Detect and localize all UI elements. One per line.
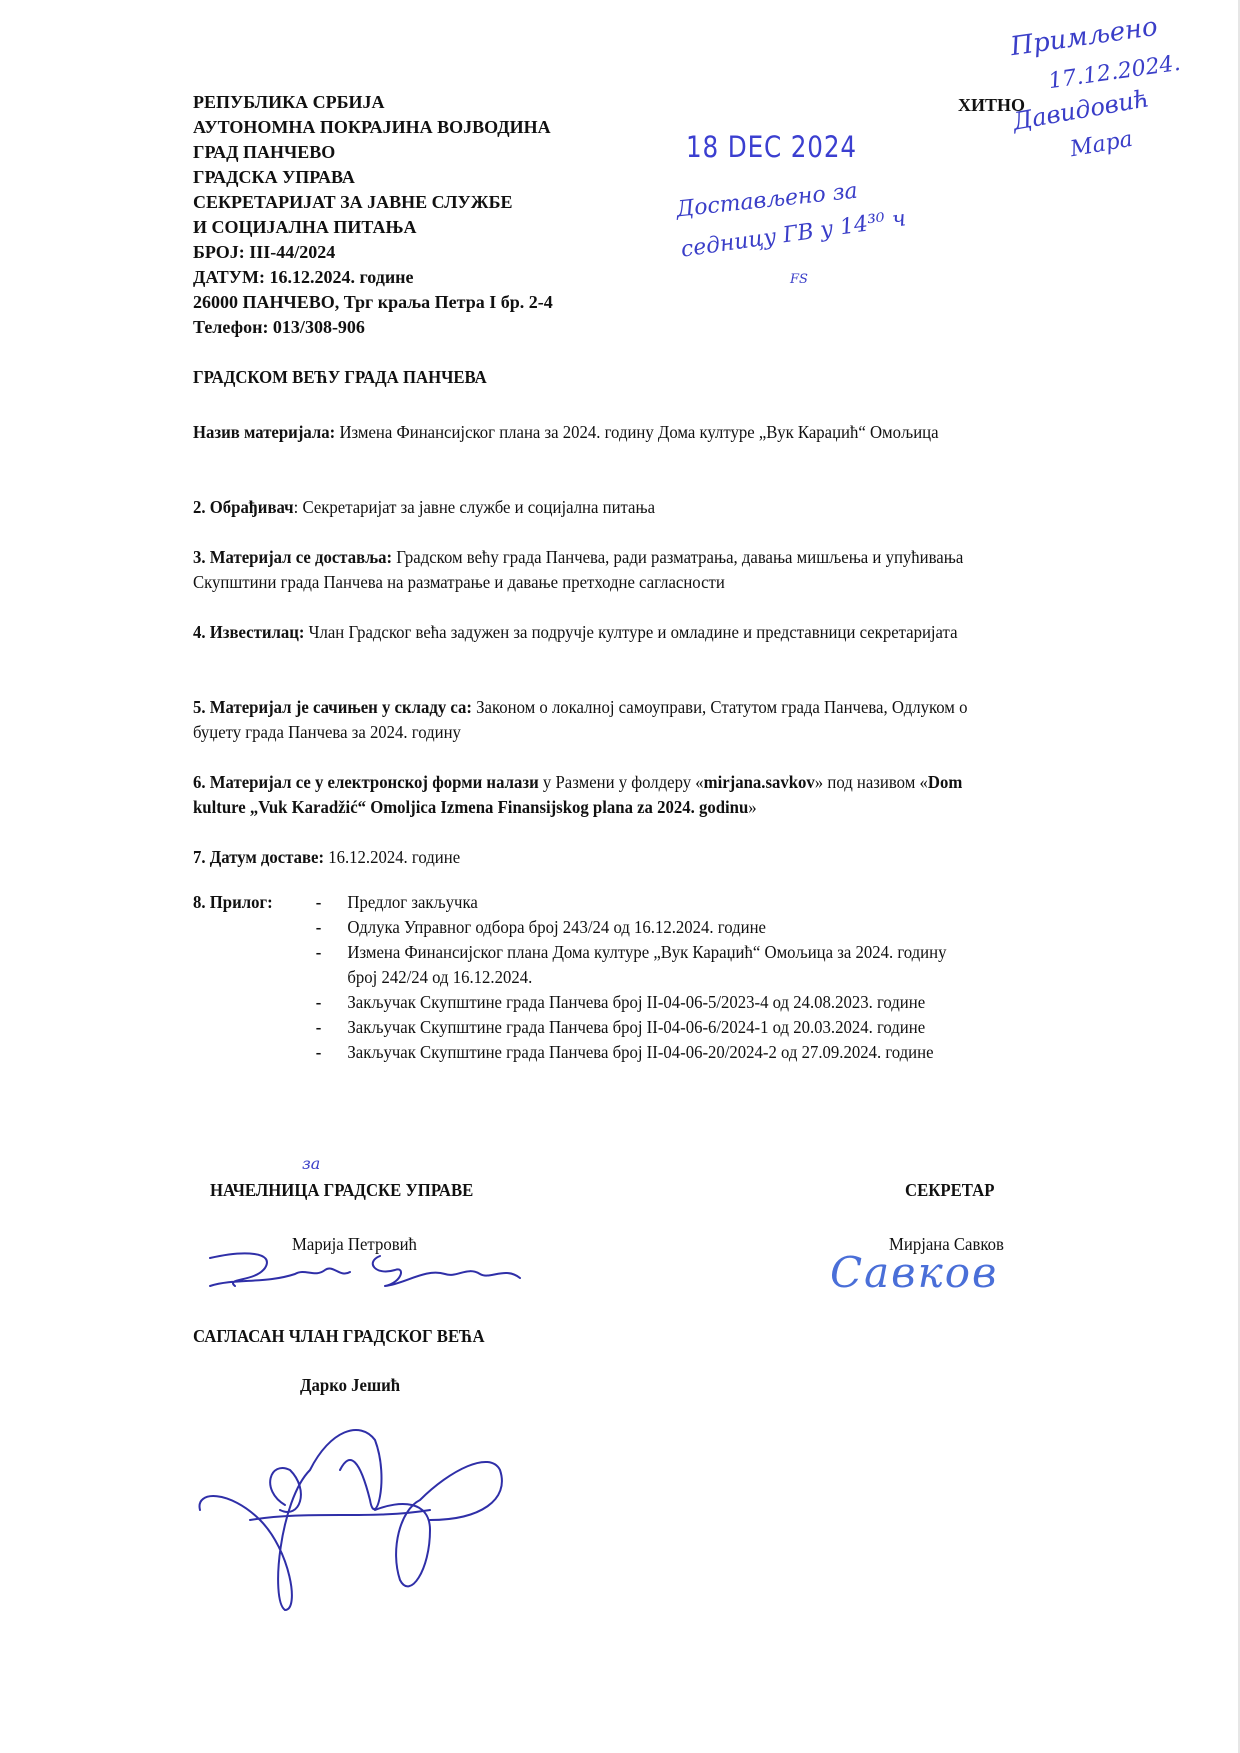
section-label: 7. Датум доставе:: [193, 847, 324, 867]
attachments-list: -Предлог закључка -Одлука Управног одбор…: [295, 890, 965, 1065]
section-label: 2. Обрађивач: [193, 497, 294, 517]
section-electronic-location: 6. Материјал се у електронској форми нал…: [193, 770, 1002, 820]
section-delivered-to: 3. Материјал се доставља: Градском већу …: [193, 545, 1002, 595]
attachments-label: 8. Прилог:: [193, 890, 273, 915]
section-text: Измена Финансијског плана за 2024. годин…: [335, 422, 938, 442]
right-signatory-title: СЕКРЕТАР: [905, 1180, 994, 1201]
section-text: : Секретаријат за јавне службе и социјал…: [294, 497, 655, 517]
handwritten-received: Примљено: [1009, 12, 1160, 62]
handwritten-initials: FS: [790, 272, 808, 287]
address: 26000 ПАНЧЕВО, Трг краља Петра I бр. 2-4: [193, 290, 553, 315]
attachment-item: -Измена Финансијског плана Дома културе …: [295, 940, 965, 990]
section-legal-basis: 5. Материјал је сачињен у складу са: Зак…: [193, 695, 1002, 745]
letterhead: РЕПУБЛИКА СРБИЈА АУТОНОМНА ПОКРАЈИНА ВОЈ…: [193, 90, 553, 340]
section-text: Члан Градског већа задужен за подручје к…: [304, 622, 957, 642]
folder-name: mirjana.savkov: [704, 772, 815, 792]
letterhead-line: ГРАДСКА УПРАВА: [193, 165, 553, 190]
section-label: Назив материјала:: [193, 422, 335, 442]
letterhead-line: АУТОНОМНА ПОКРАЈИНА ВОЈВОДИНА: [193, 115, 553, 140]
received-date-stamp: 18 DEC 2024: [686, 130, 857, 164]
attachment-item: -Одлука Управног одбора број 243/24 од 1…: [295, 915, 965, 940]
letterhead-line: ГРАД ПАНЧЕВО: [193, 140, 553, 165]
document-number: БРОЈ: III-44/2024: [193, 240, 553, 265]
attachment-item: -Закључак Скупштине града Панчева број I…: [295, 1015, 965, 1040]
section-label: 5. Материјал је сачињен у складу са:: [193, 697, 472, 717]
letterhead-line: СЕКРЕТАРИЈАТ ЗА ЈАВНЕ СЛУЖБЕ: [193, 190, 553, 215]
handwritten-receiver-name-2: Мара: [1068, 127, 1134, 163]
attachment-item: -Закључак Скупштине града Панчева број I…: [295, 1040, 965, 1065]
handwritten-received-date: 17.12.2024.: [1047, 51, 1182, 94]
attachment-item: -Предлог закључка: [295, 890, 965, 915]
section-delivery-date: 7. Датум доставе: 16.12.2024. године: [193, 845, 1002, 870]
phone: Телефон: 013/308-906: [193, 315, 553, 340]
attachment-item: -Закључак Скупштине града Панчева број I…: [295, 990, 965, 1015]
section-text: у Размени у фолдеру «: [539, 772, 704, 792]
section-label: 4. Известилац:: [193, 622, 304, 642]
handwritten-za: за: [302, 1154, 320, 1173]
addressee: ГРАДСКОМ ВЕЋУ ГРАДА ПАНЧЕВА: [193, 367, 487, 388]
council-member-title: САГЛАСАН ЧЛАН ГРАДСКОГ ВЕЋА: [193, 1326, 485, 1347]
section-text: » под називом «: [815, 772, 928, 792]
document-page: РЕПУБЛИКА СРБИЈА АУТОНОМНА ПОКРАЈИНА ВОЈ…: [0, 0, 1240, 1753]
council-member-name: Дарко Јешић: [300, 1375, 400, 1396]
left-signature: [205, 1248, 535, 1298]
letterhead-line: И СОЦИЈАЛНА ПИТАЊА: [193, 215, 553, 240]
right-signature: Савков: [830, 1248, 998, 1297]
section-material-name: Назив материјала: Измена Финансијског пл…: [193, 420, 1002, 445]
council-member-signature: [190, 1410, 510, 1640]
left-signatory-title: НАЧЕЛНИЦА ГРАДСКЕ УПРАВЕ: [210, 1180, 473, 1201]
section-text: »: [748, 797, 756, 817]
section-label: 3. Материјал се доставља:: [193, 547, 392, 567]
section-label: 6. Материјал се у електронској форми нал…: [193, 772, 539, 792]
document-date: ДАТУМ: 16.12.2024. године: [193, 265, 553, 290]
section-processor: 2. Обрађивач: Секретаријат за јавне служ…: [193, 495, 1002, 520]
section-text: 16.12.2024. године: [324, 847, 460, 867]
section-reporter: 4. Известилац: Члан Градског већа задуже…: [193, 620, 1002, 645]
letterhead-line: РЕПУБЛИКА СРБИЈА: [193, 90, 553, 115]
